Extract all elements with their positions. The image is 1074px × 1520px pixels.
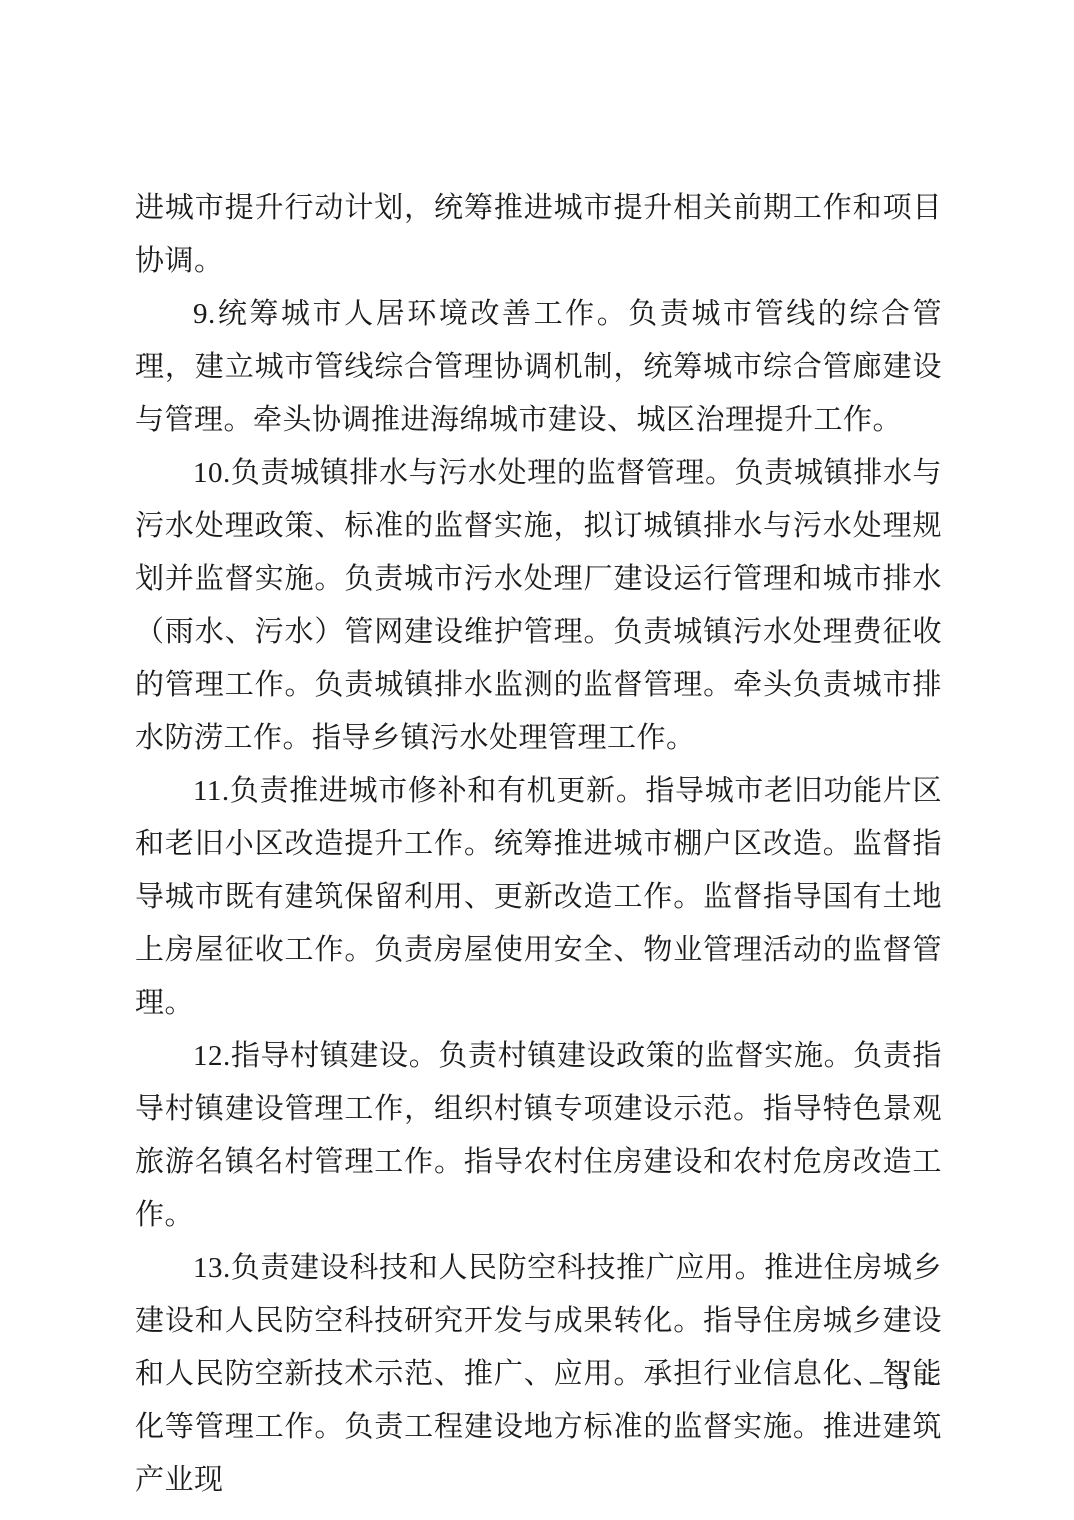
paragraph-item-11: 11.负责推进城市修补和有机更新。指导城市老旧功能片区和老旧小区改造提升工作。统…	[135, 765, 942, 1030]
paragraph-continuation: 进城市提升行动计划，统筹推进城市提升相关前期工作和项目协调。	[135, 182, 942, 288]
paragraph-item-13: 13.负责建设科技和人民防空科技推广应用。推进住房城乡建设和人民防空科技研究开发…	[135, 1242, 942, 1507]
page-number: – 3 –	[870, 1366, 937, 1396]
paragraph-item-9: 9.统筹城市人居环境改善工作。负责城市管线的综合管理，建立城市管线综合管理协调机…	[135, 288, 942, 447]
document-body: 进城市提升行动计划，统筹推进城市提升相关前期工作和项目协调。 9.统筹城市人居环…	[135, 182, 942, 1507]
paragraph-item-10: 10.负责城镇排水与污水处理的监督管理。负责城镇排水与污水处理政策、标准的监督实…	[135, 447, 942, 765]
paragraph-item-12: 12.指导村镇建设。负责村镇建设政策的监督实施。负责指导村镇建设管理工作，组织村…	[135, 1030, 942, 1242]
document-page: 进城市提升行动计划，统筹推进城市提升相关前期工作和项目协调。 9.统筹城市人居环…	[0, 0, 1074, 1520]
